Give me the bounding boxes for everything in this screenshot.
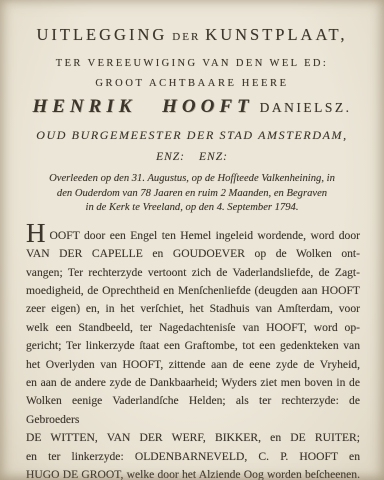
body-line: gericht; Ter linkerzyde ſtaat een Grafto… (26, 337, 360, 355)
obituary-notice: Overleeden op den 31. Augustus, op de Ho… (0, 172, 384, 216)
body-line: en ter linkerzyde: OLDENBARNEVELD, C. P.… (26, 448, 360, 466)
document-header: UITLEGGINGDERKUNSTPLAAT, TER VEREEUWIGIN… (0, 0, 384, 216)
title-word-1: UITLEGGING (36, 25, 167, 44)
body-line: welk een Standbeeld, ter Nagedachtenisſe… (26, 319, 360, 337)
office-title-line: OUD BURGEMEESTER DER STAD AMSTERDAM, (0, 128, 384, 143)
scanned-document-page: UITLEGGINGDERKUNSTPLAAT, TER VEREEUWIGIN… (0, 0, 384, 480)
etcetera-2: ENZ: (199, 151, 228, 163)
body-line: moedigheid, de Oprechtheid en Menſchenli… (26, 282, 360, 300)
body-line: VAN DER CAPELLE en GOUDOEVER op de Wolke… (26, 245, 360, 263)
subject-name: HENRIK HOOFT (32, 96, 253, 117)
etcetera-line: ENZ:ENZ: (0, 151, 384, 163)
obituary-line: in de Kerk te Vreeland, op den 4. Septem… (0, 201, 384, 216)
body-line: vangen; Ter rechterzyde vertoont zich de… (26, 264, 360, 282)
title-word-3: KUNSTPLAAT, (205, 25, 347, 44)
body-line: HOOFT door een Engel ten Hemel ingeleid … (26, 227, 360, 245)
title-word-2: DER (172, 31, 200, 43)
body-line: HUGO DE GROOT, welke door het Alziende O… (26, 466, 360, 480)
honorific-line: GROOT ACHTBAARE HEERE (0, 78, 384, 89)
obituary-line: Overleeden op den 31. Augustus, op de Ho… (0, 172, 384, 187)
etcetera-1: ENZ: (156, 151, 185, 163)
obituary-line: den Ouderdom van 78 Jaaren en ruim 2 Maa… (0, 187, 384, 202)
dedication-line: TER VEREEUWIGING VAN DEN WEL ED: (0, 58, 384, 69)
body-line: het Overlyden van HOOFT, zittende aan de… (26, 356, 360, 374)
body-line-text: OOFT door een Engel ten Hemel ingeleid w… (50, 229, 361, 242)
dropcap-initial: H (26, 228, 48, 238)
body-line: en aan de andere zyde de Dankbaarheid; W… (26, 374, 360, 392)
subject-patronymic: DANIELSZ. (260, 100, 352, 115)
subject-name-line: HENRIK HOOFTDANIELSZ. (0, 96, 384, 118)
document-title: UITLEGGINGDERKUNSTPLAAT, (0, 25, 384, 45)
body-line: Wolken eenige Vaderlandſche Helden; als … (26, 392, 360, 429)
body-line: DE WITTEN, VAN DER WERF, BIKKER, en DE R… (26, 429, 360, 447)
explanation-paragraph: HOOFT door een Engel ten Hemel ingeleid … (26, 227, 360, 480)
body-line: zeer eigen) en, in het verſchiet, het St… (26, 300, 360, 318)
